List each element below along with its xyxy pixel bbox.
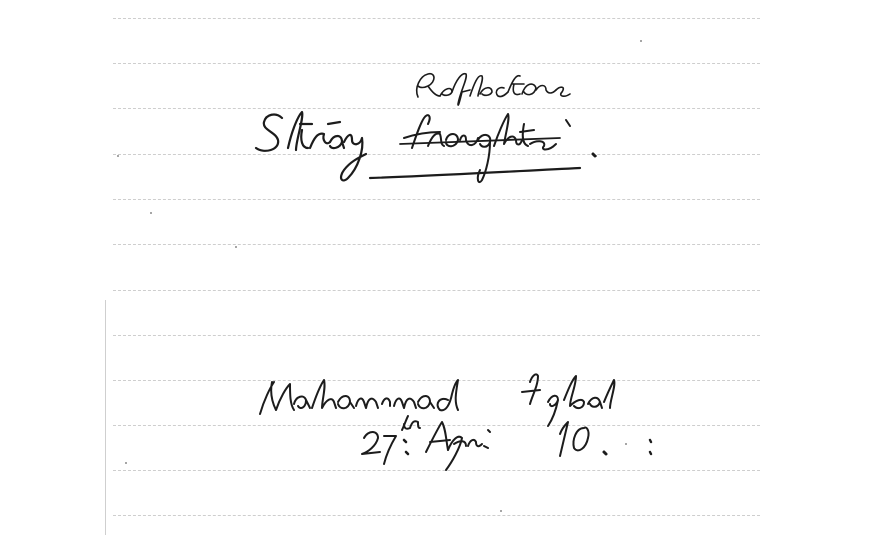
ruled-line: [113, 108, 760, 109]
ruled-line: [113, 244, 760, 245]
ruled-line: [113, 470, 760, 471]
scan-speck: [117, 155, 119, 157]
page-edge: [105, 300, 106, 535]
signature-date: 27th April 10.: [362, 418, 573, 453]
ruled-line: [113, 63, 760, 64]
scan-speck: [125, 462, 127, 464]
title-inserted-word: Reflections: [405, 72, 529, 97]
ruled-line: [113, 199, 760, 200]
scan-speck: [595, 155, 597, 157]
title-first-word: Stray: [255, 112, 364, 158]
scan-speck: [235, 246, 237, 248]
scan-speck: [640, 40, 642, 42]
scan-speck: [625, 443, 627, 445]
ruled-line: [113, 154, 760, 155]
ruled-line: [113, 335, 760, 336]
scan-speck: [150, 212, 152, 214]
scan-speck: [500, 510, 502, 512]
title-struck-word: Thoughts: [402, 116, 554, 154]
ruled-line: [113, 290, 760, 291]
ruled-line: [113, 18, 760, 19]
signature-name: Muhammad Iqbal: [258, 378, 544, 416]
ruled-line: [113, 515, 760, 516]
